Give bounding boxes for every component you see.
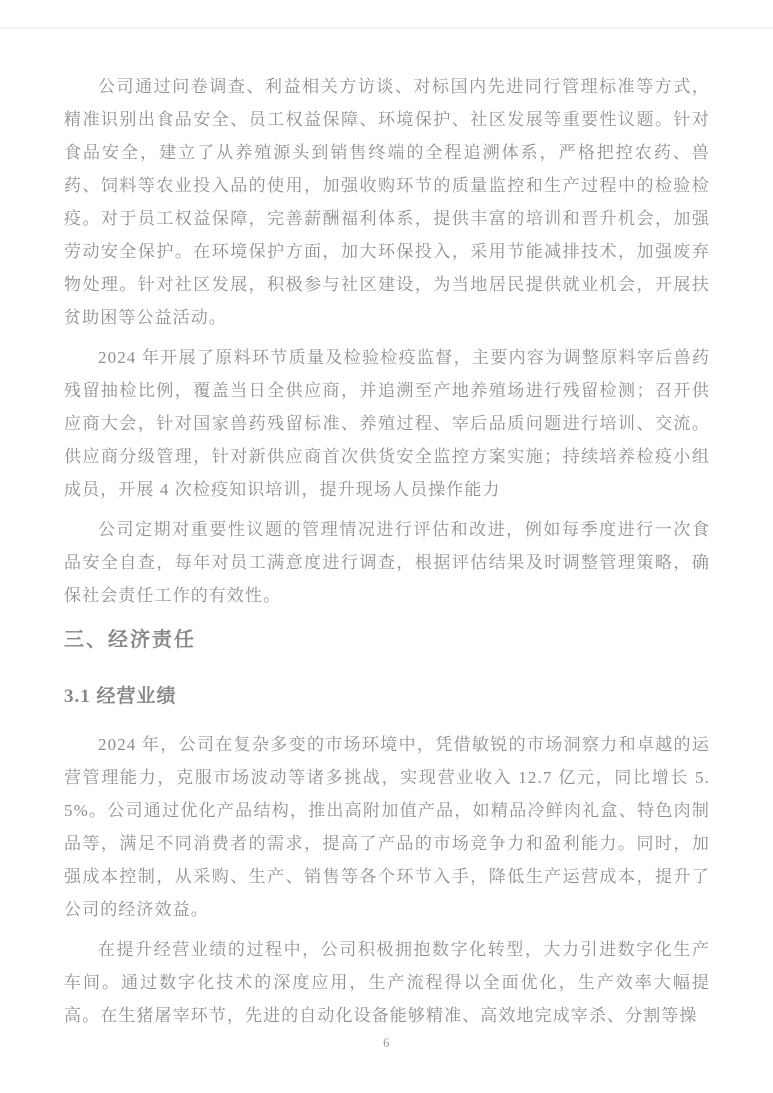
page-body: 公司通过问卷调查、利益相关方访谈、对标国内先进同行管理标准等方式，精准识别出食品… — [64, 70, 710, 1039]
paragraph-inspection-supervision: 2024 年开展了原料环节质量及检验检疫监督，主要内容为调整原料宰后兽药残留抽检… — [64, 341, 710, 506]
section-heading-economic-responsibility: 三、经济责任 — [64, 628, 710, 652]
report-page: 公司通过问卷调查、利益相关方访谈、对标国内先进同行管理标准等方式，精准识别出食品… — [0, 0, 773, 1093]
paragraph-evaluation-improvement: 公司定期对重要性议题的管理情况进行评估和改进，例如每季度进行一次食品安全自查，每… — [64, 513, 710, 612]
paragraph-digital-transformation: 在提升经营业绩的过程中，公司积极拥抱数字化转型，大力引进数字化生产车间。通过数字… — [64, 933, 710, 1032]
paragraph-materiality-topics: 公司通过问卷调查、利益相关方访谈、对标国内先进同行管理标准等方式，精准识别出食品… — [64, 70, 710, 334]
subsection-heading-business-performance: 3.1 经营业绩 — [64, 686, 710, 708]
header-rule-divider — [0, 27, 773, 29]
page-number: 6 — [0, 1036, 773, 1051]
paragraph-revenue-performance: 2024 年，公司在复杂多变的市场环境中，凭借敏锐的市场洞察力和卓越的运营管理能… — [64, 728, 710, 926]
